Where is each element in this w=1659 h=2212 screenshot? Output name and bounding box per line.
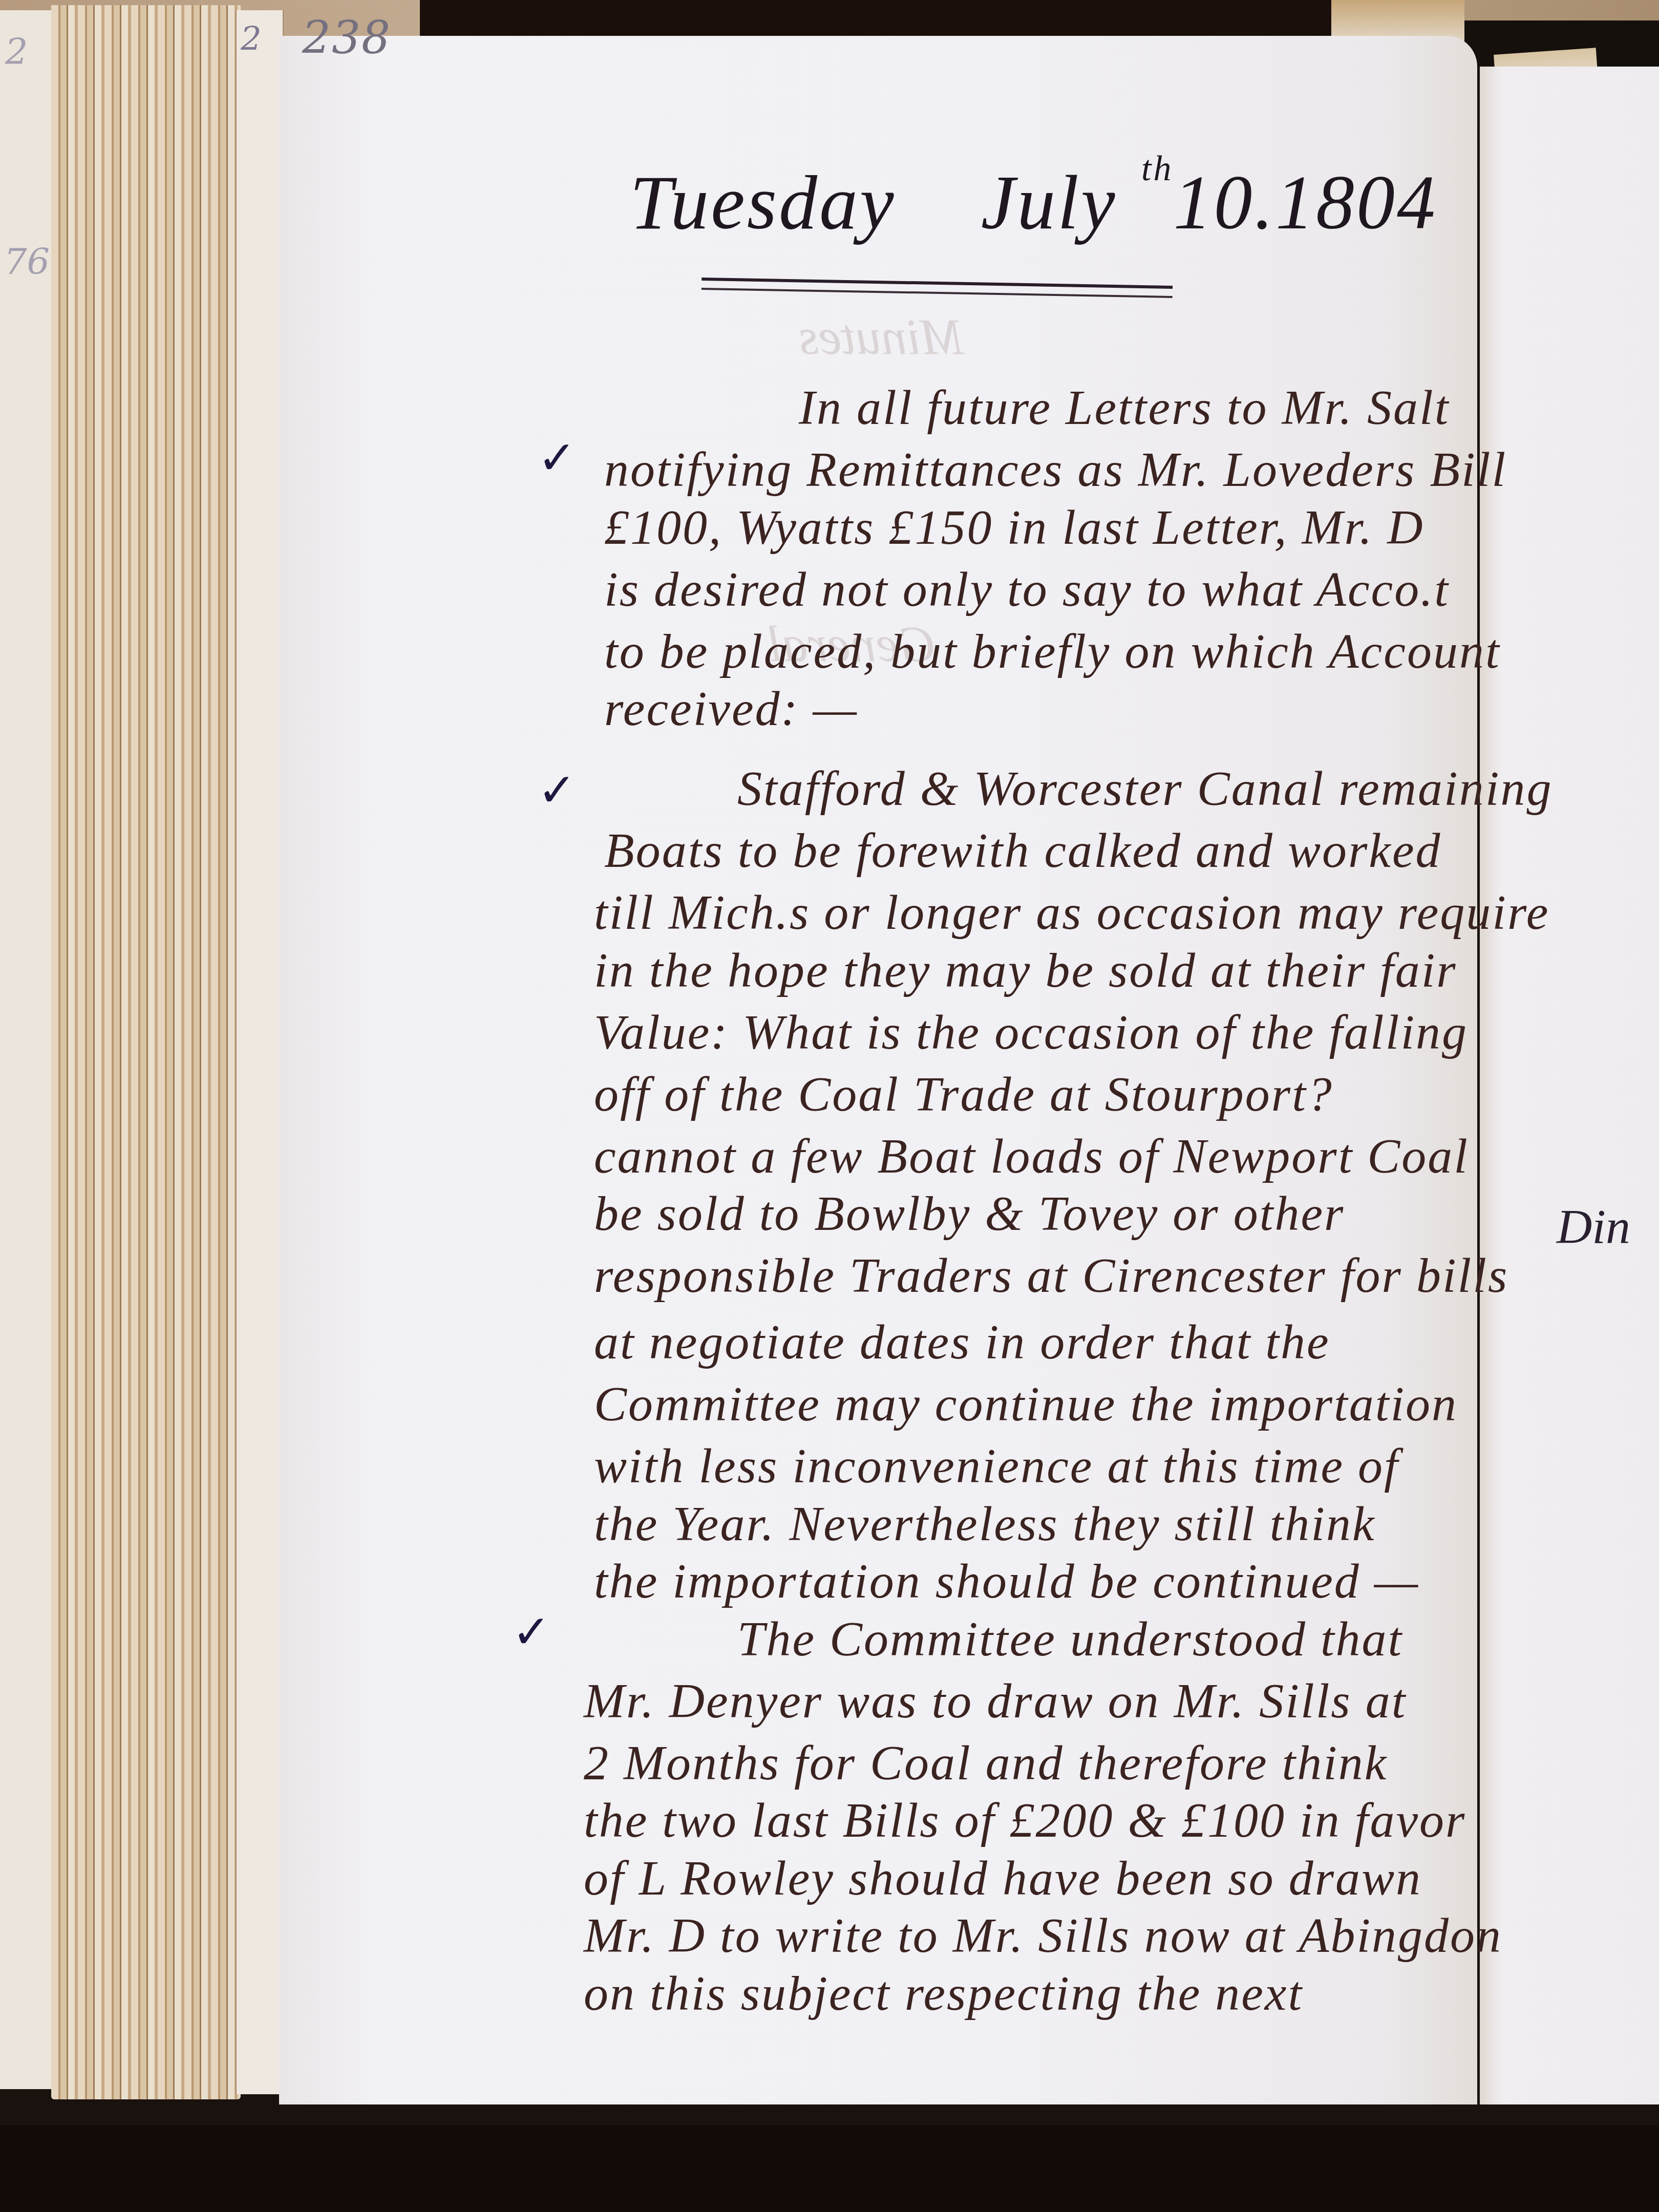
manuscript-line: Stafford & Worcester Canal remaining xyxy=(737,760,1552,817)
manuscript-line: notifying Remittances as Mr. Loveders Bi… xyxy=(604,441,1507,498)
check-mark-icon: ✓ xyxy=(512,1605,550,1659)
manuscript-line: the two last Bills of £200 & £100 in fav… xyxy=(584,1792,1466,1848)
manuscript-line: on this subject respecting the next xyxy=(584,1965,1303,2022)
manuscript-line: cannot a few Boat loads of Newport Coal xyxy=(594,1128,1469,1184)
check-mark-icon: ✓ xyxy=(538,431,576,485)
title-ordinal: th xyxy=(1141,149,1173,188)
manuscript-line: off of the Coal Trade at Stourport? xyxy=(594,1066,1333,1122)
manuscript-line: at negotiate dates in order that the xyxy=(594,1313,1330,1370)
manuscript-line: received: — xyxy=(604,680,858,737)
manuscript-line: the Year. Nevertheless they still think xyxy=(594,1495,1376,1552)
manuscript-line: be sold to Bowlby & Tovey or other xyxy=(594,1185,1345,1242)
manuscript-line: Committee may continue the importation xyxy=(594,1375,1458,1432)
title-day: Tuesday xyxy=(630,160,896,245)
title-month: July xyxy=(981,160,1117,245)
manuscript-line: Boats to be forewith calked and worked xyxy=(604,822,1442,879)
check-mark-icon: ✓ xyxy=(538,763,576,817)
manuscript-line: till Mich.s or longer as occasion may re… xyxy=(594,884,1549,941)
previous-page-fragment: 76 xyxy=(4,241,50,283)
previous-page-strip: 2 76 xyxy=(0,10,57,2089)
sheet-edge-mark: 2 xyxy=(241,20,262,58)
manuscript-line: to be placed, but briefly on which Accou… xyxy=(604,623,1501,679)
sheet-edge: 2 xyxy=(236,10,284,2094)
title-date: 10 xyxy=(1173,160,1254,245)
manuscript-line: 2 Months for Coal and therefore think xyxy=(584,1734,1388,1791)
manuscript-line: Value: What is the occasion of the falli… xyxy=(594,1004,1468,1060)
manuscript-line: with less inconvenience at this time of xyxy=(594,1437,1399,1494)
title-year: 1804 xyxy=(1275,160,1437,245)
page-number: 238 xyxy=(302,11,391,64)
manuscript-line: is desired not only to say to what Acco.… xyxy=(604,561,1450,618)
stacked-page-edges xyxy=(51,5,241,2099)
manuscript-line: The Committee understood that xyxy=(737,1610,1403,1667)
binding-shadow-bottom xyxy=(0,2125,1659,2212)
manuscript-line: £100, Wyatts £150 in last Letter, Mr. D xyxy=(604,499,1424,556)
manuscript-line: Mr. D to write to Mr. Sills now at Abing… xyxy=(584,1907,1502,1964)
manuscript-line: responsible Traders at Cirencester for b… xyxy=(594,1247,1508,1304)
manuscript-line: In all future Letters to Mr. Salt xyxy=(799,379,1450,436)
facing-page-fragment: Din xyxy=(1557,1198,1630,1255)
manuscript-line: Mr. Denyer was to draw on Mr. Sills at xyxy=(584,1672,1407,1729)
ink-bleed: Minutes xyxy=(799,307,964,366)
previous-page-mark: 2 xyxy=(5,31,28,73)
manuscript-photo: 2 76 2 Din Minutes General 238 Tuesday J… xyxy=(0,0,1659,2212)
page-title: Tuesday July th10.1804 xyxy=(630,159,1437,247)
manuscript-line: in the hope they may be sold at their fa… xyxy=(594,942,1457,998)
manuscript-line: of L Rowley should have been so drawn xyxy=(584,1849,1422,1906)
manuscript-line: the importation should be continued — xyxy=(594,1552,1419,1609)
facing-page xyxy=(1480,67,1659,2104)
